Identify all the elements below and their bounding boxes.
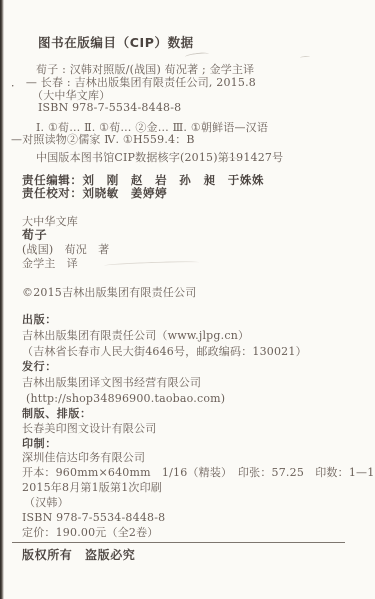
- book-title: 荀子: [22, 229, 47, 242]
- cip-record-number-line: 中国版本图书馆CIP数据核字(2015)第191427号: [36, 151, 283, 164]
- publisher-name: 吉林出版集团有限责任公司（www.jlpg.cn）: [22, 329, 249, 342]
- scan-artifact: [300, 56, 310, 60]
- language-line: （汉韩）: [24, 496, 69, 509]
- proofreaders-line: 责任校对：刘晓敏 姜婷婷: [22, 187, 167, 200]
- scan-artifact: [185, 52, 209, 60]
- publish-label: 出版：: [22, 313, 57, 326]
- piracy-warning: 版权所有 盗版必究: [22, 549, 135, 562]
- cip-header: 图书在版编目（CIP）数据: [38, 36, 194, 49]
- scan-artifact: [104, 260, 199, 267]
- page-content: 图书在版编目（CIP）数据 荀子 : 汉韩对照版/(战国) 荀况著 ; 金学主译…: [0, 0, 375, 599]
- distribute-label: 发行：: [22, 360, 57, 373]
- copyright-notice-line: ©2015吉林出版集团有限责任公司: [22, 286, 196, 299]
- isbn-line: ISBN 978-7-5534-8448-8: [22, 511, 165, 524]
- price-line: 定价：190.00元（全2卷）: [22, 526, 159, 539]
- cip-classification-line-2: —对照读物②儒家 Ⅳ. ①H559.4：B: [11, 133, 195, 146]
- publisher-address: （吉林省长春市人民大街4646号，邮政编码：130021）: [22, 345, 307, 358]
- format-spec-line: 开本：960mm×640mm 1/16（精装） 印张：57.25 印数：1—1 …: [22, 466, 375, 479]
- typesetter-name: 长春美印图文设计有限公司: [22, 422, 156, 435]
- proofreaders-names: 刘晓敏 姜婷婷: [83, 186, 168, 200]
- cip-publication-line: ． — 长春 : 吉林出版集团有限责任公司, 2015.8: [11, 76, 256, 89]
- distributor-url: (http://shop34896900.taobao.com): [26, 392, 225, 405]
- typeset-label: 制版、排版：: [22, 407, 92, 420]
- cip-isbn-line: ISBN 978-7-5534-8448-8: [38, 101, 181, 114]
- edition-line: 2015年8月第1版第1次印刷: [22, 481, 162, 494]
- author-line: (战国) 荀况 著: [22, 243, 109, 256]
- editors-names: 刘 刚 赵 岩 孙 昶 于姝姝: [83, 173, 265, 187]
- translator-line: 金学主 译: [22, 257, 78, 270]
- editors-label: 责任编辑：: [22, 173, 83, 187]
- cip-title-line: 荀子 : 汉韩对照版/(战国) 荀况著 ; 金学主译: [36, 63, 254, 76]
- distributor-name: 吉林出版集团译文图书经营有限公司: [22, 376, 201, 389]
- proofreaders-label: 责任校对：: [22, 186, 83, 200]
- print-label: 印制：: [22, 437, 57, 450]
- printer-name: 深圳佳信达印务有限公司: [22, 451, 145, 464]
- book-copyright-page: 图书在版编目（CIP）数据 荀子 : 汉韩对照版/(战国) 荀况著 ; 金学主译…: [0, 0, 375, 599]
- series-name: 大中华文库: [22, 215, 78, 228]
- footer-divider: [12, 542, 345, 543]
